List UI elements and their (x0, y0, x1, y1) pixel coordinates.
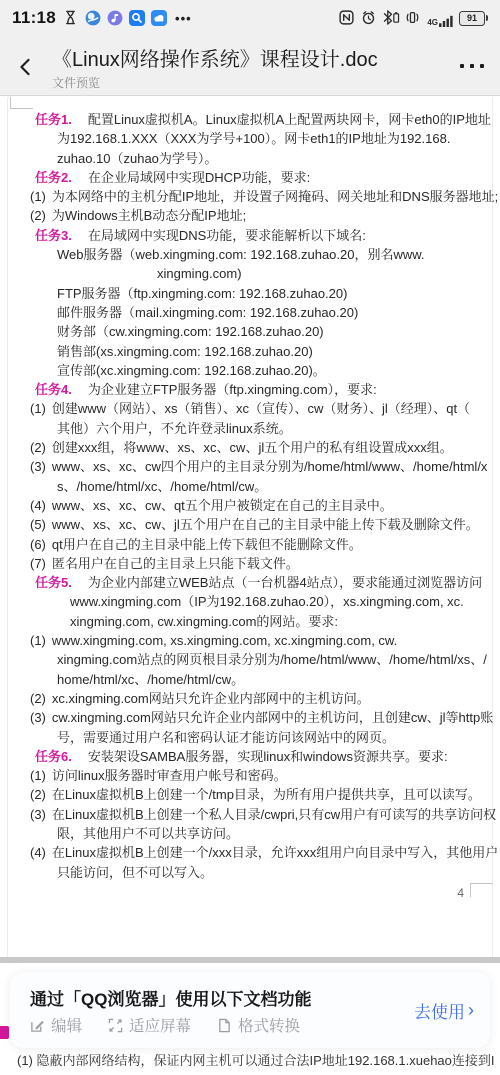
line-text: 其他）六个用户，不允许登录linux系统。 (57, 421, 292, 436)
chevron-left-icon (17, 57, 33, 77)
doc-line: 销售部(xs.xingming.com: 192.168.zuhao.20) (0, 342, 500, 361)
line-text: 限，其他用户不可以共享访问。 (57, 826, 239, 841)
list-number: (3) (30, 459, 46, 474)
doc-line: (2)在Linux虚拟机B上创建一个/tmp目录，为所有用户提供共享，且可以读写… (0, 785, 500, 804)
list-number: (1) (30, 189, 46, 204)
line-text: Web服务器（web.xingming.com: 192.168.zuhao.2… (57, 247, 425, 262)
feature-edit[interactable]: 编辑 (30, 1014, 82, 1036)
fit-screen-icon (108, 1018, 123, 1033)
list-number: (2) (30, 208, 46, 223)
format-convert-icon (217, 1018, 232, 1033)
line-text: s、/home/html/xc、/home/html/cw。 (57, 479, 267, 494)
line-text: www、xs、xc、cw、jl五个用户在自己的主目录中能上传下载及删除文件。 (52, 517, 479, 532)
line-text: 只能访问，但不可以写入。 (57, 865, 213, 880)
go-use-button[interactable]: 去使用 › (414, 998, 474, 1023)
doc-line: 邮件服务器（mail.xingming.com: 192.168.zuhao.2… (0, 303, 500, 322)
edit-icon (30, 1018, 45, 1033)
line-text: home/html/xc、/home/html/cw。 (57, 672, 244, 687)
doc-line: (2)为Windows主机B动态分配IP地址; (0, 206, 500, 225)
doc-line: (7)匿名用户在自己的主目录上只能下载文件。 (0, 554, 500, 573)
line-text: 宣传部(xc.xingming.com: 192.168.zuhao.20)。 (57, 363, 326, 378)
line-text: 配置Linux虚拟机A。Linux虚拟机A上配置两块网卡，网卡eth0的IP地址 (88, 112, 491, 127)
doc-line: (3)www、xs、xc、cw四个用户的主目录分别为/home/html/www… (0, 457, 500, 476)
status-bar: 11:18 ••• (0, 0, 500, 36)
battery-percent: 91 (467, 14, 477, 23)
line-text: xingming.com) (157, 266, 242, 281)
line-text: www、xs、xc、cw四个用户的主目录分别为/home/html/www、/h… (52, 459, 488, 474)
vibrate-icon (405, 10, 422, 27)
doc-line: 任务4.为企业建立FTP服务器（ftp.xingming.com），要求: (0, 380, 500, 399)
chevron-right-icon: › (468, 1001, 474, 1019)
feature-shortcuts: 编辑适应屏幕格式转换 (30, 1014, 300, 1036)
line-text: 为企业建立FTP服务器（ftp.xingming.com），要求: (88, 382, 377, 397)
list-number: (4) (30, 845, 46, 860)
more-notifications-icon: ••• (175, 11, 192, 26)
doc-line: (2)xc.xingming.com网站只允许企业内部网中的主机访问。 (0, 689, 500, 708)
doc-line: FTP服务器（ftp.xingming.com: 192.168.zuhao.2… (0, 284, 500, 303)
line-text: xingming.com, cw.xingming.com的网站。要求: (70, 614, 338, 629)
task-label: 任务3. (35, 228, 72, 243)
signal-4g-icon: 4G (427, 10, 454, 27)
doc-line: (4)www、xs、xc、cw、qt五个用户被锁定在自己的主目录中。 (0, 496, 500, 515)
doc-line: (6)qt用户在自己的主目录中能上传下载但不能删除文件。 (0, 535, 500, 554)
doc-line: 财务部（cw.xingming.com: 192.168.zuhao.20) (0, 322, 500, 341)
doc-line: (4)在Linux虚拟机B上创建一个/xxx目录，允许xxx组用户向目录中写入，… (0, 843, 500, 862)
doc-line: 宣传部(xc.xingming.com: 192.168.zuhao.20)。 (0, 361, 500, 380)
line-text: 销售部(xs.xingming.com: 192.168.zuhao.20) (57, 344, 313, 359)
doc-line: s、/home/html/xc、/home/html/cw。 (0, 477, 500, 496)
doc-line: 任务6.安装架设SAMBA服务器，实现linux和windows资源共享。要求: (0, 747, 500, 766)
doc-line: 限，其他用户不可以共享访问。 (0, 824, 500, 843)
line-text: www、xs、xc、cw、qt五个用户被锁定在自己的主目录中。 (52, 498, 393, 513)
back-button[interactable] (10, 52, 40, 82)
doc-line: 任务5.为企业内部建立WEB站点（一台机器4站点），要求能通过浏览器访问 (0, 573, 500, 592)
line-text: 匿名用户在自己的主目录上只能下载文件。 (52, 556, 299, 571)
notification-icons: ••• (63, 10, 192, 27)
qq-browser-promo-card: 通过「QQ浏览器」使用以下文档功能 去使用 › 编辑适应屏幕格式转换 (10, 972, 490, 1048)
line-text: www.xingming.com（IP为192.168.zuhao.20），xs… (70, 594, 464, 609)
list-number: (1) (30, 633, 46, 648)
phone-screen: 11:18 ••• (0, 0, 500, 1075)
doc-line: (2)创建xxx组，将www、xs、xc、cw、jl五个用户的私有组设置成xxx… (0, 438, 500, 457)
doc-line: xingming.com, cw.xingming.com的网站。要求: (0, 612, 500, 631)
doc-line: zuhao.10（zuhao为学号）。 (0, 149, 500, 168)
feature-fit-screen[interactable]: 适应屏幕 (108, 1014, 191, 1036)
document-text: 任务1.配置Linux虚拟机A。Linux虚拟机A上配置两块网卡，网卡eth0的… (0, 110, 500, 882)
feature-format-convert[interactable]: 格式转换 (217, 1014, 300, 1036)
doc-line: 任务1.配置Linux虚拟机A。Linux虚拟机A上配置两块网卡，网卡eth0的… (0, 110, 500, 129)
doc-line: (3)cw.xingming.com网站只允许企业内部网中的主机访问，且创建cw… (0, 708, 500, 727)
doc-line: (1)为本网络中的主机分配IP地址，并设置子网掩码、网关地址和DNS服务器地址; (0, 187, 500, 206)
music-app-icon (107, 10, 124, 27)
bluetooth-icon (383, 10, 400, 27)
doc-line: xingming.com站点的网页根目录分别为/home/html/www、/h… (0, 650, 500, 669)
line-text: 为Windows主机B动态分配IP地址; (52, 208, 246, 223)
list-number: (4) (30, 498, 46, 513)
network-type-label: 4G (427, 19, 438, 27)
line-text: FTP服务器（ftp.xingming.com: 192.168.zuhao.2… (57, 286, 347, 301)
bottom-sheet-area: 通过「QQ浏览器」使用以下文档功能 去使用 › 编辑适应屏幕格式转换 (1) 隐… (0, 963, 500, 1075)
next-page-task-label-sliver (0, 1026, 9, 1039)
task-label: 任务4. (35, 382, 72, 397)
line-text: 创建xxx组，将www、xs、xc、cw、jl五个用户的私有组设置成xxx组。 (52, 440, 453, 455)
doc-line: 任务2.在企业局域网中实现DHCP功能，要求: (0, 168, 500, 187)
page-number: 4 (457, 886, 464, 900)
feature-label: 编辑 (51, 1014, 82, 1036)
line-text: 在Linux虚拟机B上创建一个/tmp目录，为所有用户提供共享，且可以读写。 (52, 787, 481, 802)
hourglass-icon (63, 10, 80, 27)
list-number: (2) (30, 787, 46, 802)
feature-label: 适应屏幕 (129, 1014, 191, 1036)
task-label: 任务1. (35, 112, 72, 127)
task-label: 任务6. (35, 749, 72, 764)
cloud-app-icon (151, 10, 168, 27)
qq-search-app-icon (129, 10, 146, 27)
margin-corner-mark-bottom-right (470, 883, 493, 897)
system-status-icons: 4G 91 (339, 10, 488, 27)
line-text: 为192.168.1.XXX（XXX为学号+100）。网卡eth1的IP地址为1… (57, 131, 450, 146)
document-preview[interactable]: 任务1.配置Linux虚拟机A。Linux虚拟机A上配置两块网卡，网卡eth0的… (0, 97, 500, 957)
line-text: xingming.com站点的网页根目录分别为/home/html/www、/h… (57, 652, 487, 667)
doc-line: 只能访问，但不可以写入。 (0, 863, 500, 882)
document-title-block: 《Linux网络操作系统》课程设计.doc 文件预览 (52, 43, 442, 91)
line-text: 为本网络中的主机分配IP地址，并设置子网掩码、网关地址和DNS服务器地址; (52, 189, 498, 204)
doc-line: (3)在Linux虚拟机B上创建一个私人目录/cwpri,只有cw用户有可读写的… (0, 805, 500, 824)
browser-app-icon (85, 10, 102, 27)
promo-title: 通过「QQ浏览器」使用以下文档功能 (30, 985, 311, 1010)
doc-line: 任务3.在局域网中实现DNS功能，要求能解析以下域名: (0, 226, 500, 245)
list-number: (1) (30, 768, 46, 783)
line-text: 在Linux虚拟机B上创建一个私人目录/cwpri,只有cw用户有可读写的共享访… (52, 807, 496, 822)
line-text: 访问linux服务器时审查用户帐号和密码。 (52, 768, 287, 783)
line-text: 邮件服务器（mail.xingming.com: 192.168.zuhao.2… (57, 305, 358, 320)
line-text: xc.xingming.com网站只允许企业内部网中的主机访问。 (52, 691, 370, 706)
list-number: (6) (30, 537, 46, 552)
list-number: (3) (30, 807, 46, 822)
task-label: 任务5. (35, 575, 72, 590)
list-number: (2) (30, 691, 46, 706)
doc-line: (5)www、xs、xc、cw、jl五个用户在自己的主目录中能上传下载及删除文件… (0, 515, 500, 534)
feature-label: 格式转换 (238, 1014, 300, 1036)
line-text: 在局域网中实现DNS功能，要求能解析以下域名: (88, 228, 366, 243)
margin-corner-mark-top-left (10, 97, 33, 109)
list-number: (5) (30, 517, 46, 532)
page-title: 《Linux网络操作系统》课程设计.doc (52, 43, 442, 72)
line-text: cw.xingming.com网站只允许企业内部网中的主机访问，且创建cw、jl… (52, 710, 493, 725)
alarm-icon (361, 10, 378, 27)
doc-line: (1)创建www（网站）、xs（销售）、xc（宣传）、cw（财务）、jl（经理）… (0, 399, 500, 418)
line-text: 在企业局域网中实现DHCP功能，要求: (88, 170, 310, 185)
doc-line: 号，需要通过用户名和密码认证才能访问该网站中的网页。 (0, 728, 500, 747)
line-text: 安装架设SAMBA服务器，实现linux和windows资源共享。要求: (88, 749, 448, 764)
list-number: (3) (30, 710, 46, 725)
line-text: qt用户在自己的主目录中能上传下载但不能删除文件。 (52, 537, 362, 552)
list-number: (1) (30, 401, 46, 416)
line-text: 创建www（网站）、xs（销售）、xc（宣传）、cw（财务）、jl（经理）、qt… (52, 401, 470, 416)
doc-line: 其他）六个用户，不允许登录linux系统。 (0, 419, 500, 438)
doc-line: (1)访问linux服务器时审查用户帐号和密码。 (0, 766, 500, 785)
doc-line: home/html/xc、/home/html/cw。 (0, 670, 500, 689)
battery-icon: 91 (459, 11, 488, 26)
list-number: (2) (30, 440, 46, 455)
line-text: 为企业内部建立WEB站点（一台机器4站点），要求能通过浏览器访问 (88, 575, 482, 590)
doc-line: (1)www.xingming.com, xs.xingming.com, xc… (0, 631, 500, 650)
next-page-text-line: (1) 隐蔽内部网络结构，保证内网主机可以通过合法IP地址192.168.1.x… (0, 1050, 500, 1069)
line-text: zuhao.10（zuhao为学号）。 (57, 151, 217, 166)
more-options-button[interactable] (444, 54, 484, 78)
page-subtitle: 文件预览 (52, 74, 442, 91)
doc-line: 为192.168.1.XXX（XXX为学号+100）。网卡eth1的IP地址为1… (0, 129, 500, 148)
line-text: 在Linux虚拟机B上创建一个/xxx目录，允许xxx组用户向目录中写入，其他用… (52, 845, 498, 860)
list-number: (7) (30, 556, 46, 571)
nfc-icon (339, 10, 356, 27)
task-label: 任务2. (35, 170, 72, 185)
doc-line: www.xingming.com（IP为192.168.zuhao.20），xs… (0, 592, 500, 611)
doc-line: xingming.com) (0, 264, 500, 283)
title-bar: 《Linux网络操作系统》课程设计.doc 文件预览 (0, 36, 500, 96)
line-text: 财务部（cw.xingming.com: 192.168.zuhao.20) (57, 324, 324, 339)
line-text: www.xingming.com, xs.xingming.com, xc.xi… (52, 633, 397, 648)
line-text: 号，需要通过用户名和密码认证才能访问该网站中的网页。 (57, 730, 395, 745)
doc-line: Web服务器（web.xingming.com: 192.168.zuhao.2… (0, 245, 500, 264)
clock-time: 11:18 (12, 8, 56, 28)
